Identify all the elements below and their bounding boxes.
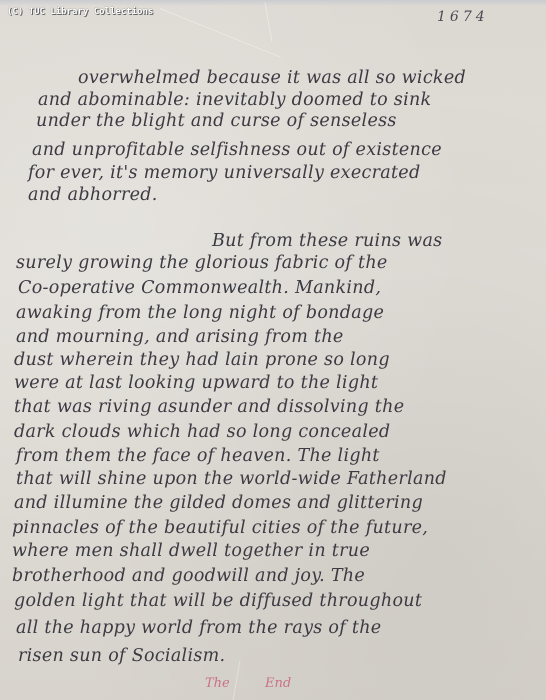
manuscript-line: dark clouds which had so long concealed	[14, 422, 390, 442]
manuscript-line: Co-operative Commonwealth. Mankind,	[18, 278, 381, 298]
manuscript-line: all the happy world from the rays of the	[16, 618, 381, 638]
paper-crease	[265, 2, 273, 42]
copyright-watermark: (C) TUC Library Collections	[7, 7, 153, 17]
manuscript-line: But from these ruins was	[212, 231, 442, 251]
manuscript-page: (C) TUC Library Collections 1674 overwhe…	[0, 0, 546, 700]
manuscript-line: and abhorred.	[28, 185, 158, 205]
paper-crease	[160, 8, 281, 58]
manuscript-line: risen sun of Socialism.	[18, 646, 225, 666]
manuscript-line: and mourning, and arising from the	[16, 327, 344, 347]
manuscript-line: overwhelmed because it was all so wicked	[78, 68, 466, 88]
manuscript-line: that will shine upon the world-wide Fath…	[16, 469, 447, 489]
page-number: 1674	[437, 9, 489, 25]
manuscript-line: for ever, it's memory universally execra…	[28, 163, 420, 183]
manuscript-line: where men shall dwell together in true	[12, 541, 370, 561]
manuscript-line: were at last looking upward to the light	[14, 373, 378, 393]
manuscript-line: that was riving asunder and dissolving t…	[14, 397, 404, 417]
manuscript-line: and abominable: inevitably doomed to sin…	[38, 90, 431, 110]
manuscript-line: and illumine the gilded domes and glitte…	[14, 493, 423, 513]
manuscript-line: pinnacles of the beautiful cities of the…	[12, 518, 428, 538]
manuscript-line: surely growing the glorious fabric of th…	[16, 253, 388, 273]
manuscript-line: under the blight and curse of senseless	[36, 111, 397, 131]
paper-top-edge	[0, 0, 546, 6]
the-end-word-1: The	[205, 676, 230, 691]
paper-crease	[233, 660, 241, 700]
the-end-word-2: End	[265, 676, 291, 691]
manuscript-line: from them the face of heaven. The light	[16, 446, 380, 466]
manuscript-line: and unprofitable selfishness out of exis…	[32, 140, 442, 160]
manuscript-line: brotherhood and goodwill and joy. The	[12, 566, 365, 586]
manuscript-line: awaking from the long night of bondage	[16, 303, 384, 323]
manuscript-line: golden light that will be diffused throu…	[14, 591, 422, 611]
manuscript-line: dust wherein they had lain prone so long	[14, 350, 390, 370]
